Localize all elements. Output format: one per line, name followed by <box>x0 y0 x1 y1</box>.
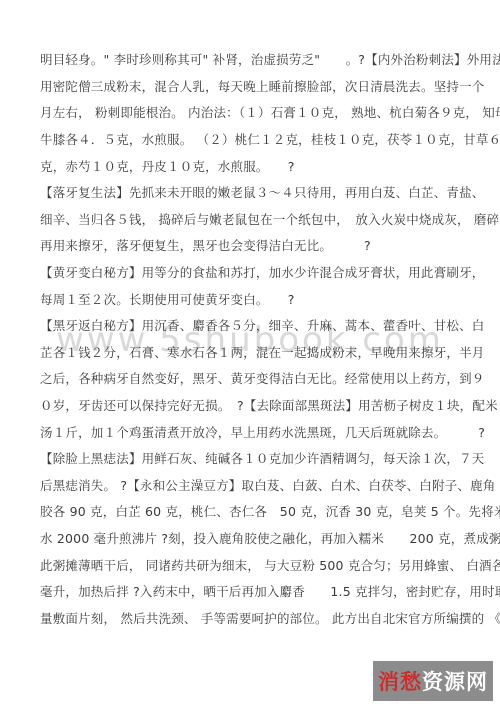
text-line: 【落牙复生法】先抓来未开眼的嫩老鼠３～４只待用，再用白芨、白芷、青盐、 <box>40 179 466 206</box>
text-line: 芷各１钱２分，石膏、寒水石各１两，混在一起捣成粉末，早晚用来擦牙，半月 <box>40 339 466 366</box>
text-line: 细辛、当归各５钱， 捣碎后与嫩老鼠包在一个纸包中， 放入火炭中烧成灰， 磨碎， <box>40 206 466 233</box>
text-line: 量敷面片刻， 然后共洗颈、 手等需要呵护的部位。 此方出自北宋官方所编撰的 《太 <box>40 604 466 631</box>
document-text: 明目轻身。" 李时珍则称其可" 补肾，治虚损劳乏" 。?【内外治粉刺法】外用法：… <box>40 46 466 631</box>
text-line: 汤１斤，加１个鸡蛋清煮开放冷，早上用药水洗黑斑，几天后斑就除去。 ? <box>40 418 466 445</box>
text-line: 明目轻身。" 李时珍则称其可" 补肾，治虚损劳乏" 。?【内外治粉刺法】外用法： <box>40 46 466 73</box>
text-line: ０岁，牙齿还可以保持完好无损。 ?【去除面部黑斑法】用苦枥子树皮１块，配米 <box>40 392 466 419</box>
text-line: 【除脸上黑痣法】用鲜石灰、纯碱各１０克加少许酒精调匀，每天涂１次，７天 <box>40 445 466 472</box>
text-line: 【黑牙返白秘方】用沉香、麝香各５分，细辛、升麻、蒿本、藿香叶、甘松、白 <box>40 312 466 339</box>
site-logo: 消愁资源网 <box>373 661 493 701</box>
text-line: 用密陀僧三成粉末，混合人乳，每天晚上睡前擦脸部，次日清晨洗去。坚持一个 <box>40 73 466 100</box>
text-line: 再用来擦牙，落牙便复生，黑牙也会变得洁白无比。 ? <box>40 232 466 259</box>
document-page: www.5shubook.com 明目轻身。" 李时珍则称其可" 补肾，治虚损劳… <box>0 0 500 708</box>
text-line: 克，赤芍１０克，丹皮１０克，水煎服。 ? <box>40 152 466 179</box>
text-line: 每周１至２次。长期使用可使黄牙变白。 ? <box>40 285 466 312</box>
text-line: 之后，各种病牙自然变好，黑牙、黄牙变得洁白无比。经常使用以上药方，到９ <box>40 365 466 392</box>
site-logo-red-text: 消愁 <box>378 666 422 696</box>
text-line: 胶各 90 克，白芷 60 克，桃仁、杏仁各 50 克，沉香 30 克，皂荚 5… <box>40 498 466 525</box>
text-line: 此粥摊薄晒干后， 同诸药共研为细末， 与大豆粉 500 克合匀；另用蜂蜜、 白酒… <box>40 551 466 578</box>
text-line: 牛膝各４．５克，水煎服。 （２）桃仁１２克，桂枝１０克，茯苓１０克，甘草６ <box>40 126 466 153</box>
text-line: 月左右， 粉刺即能根治。 内治法：（１）石膏１０克， 熟地、杭白菊各９克， 知母… <box>40 99 466 126</box>
text-line: 毫升，加热后拌 ?入药末中，晒干后再加入麝香 1.5 克拌匀，密封贮存，用时取少 <box>40 578 466 605</box>
text-line: 水 2000 毫升煎沸片 ?刻，投入鹿角胶使之融化，再加入糯米 200 克，煮成… <box>40 525 466 552</box>
text-line: 后黑痣消失。 ?【永和公主澡豆方】取白芨、白蔹、白术、白茯苓、白附子、鹿角 <box>40 472 466 499</box>
site-logo-white-text: 资源网 <box>422 666 488 696</box>
text-line: 【黄牙变白秘方】用等分的食盐和苏打，加水少许混合成牙膏状，用此膏刷牙， <box>40 259 466 286</box>
